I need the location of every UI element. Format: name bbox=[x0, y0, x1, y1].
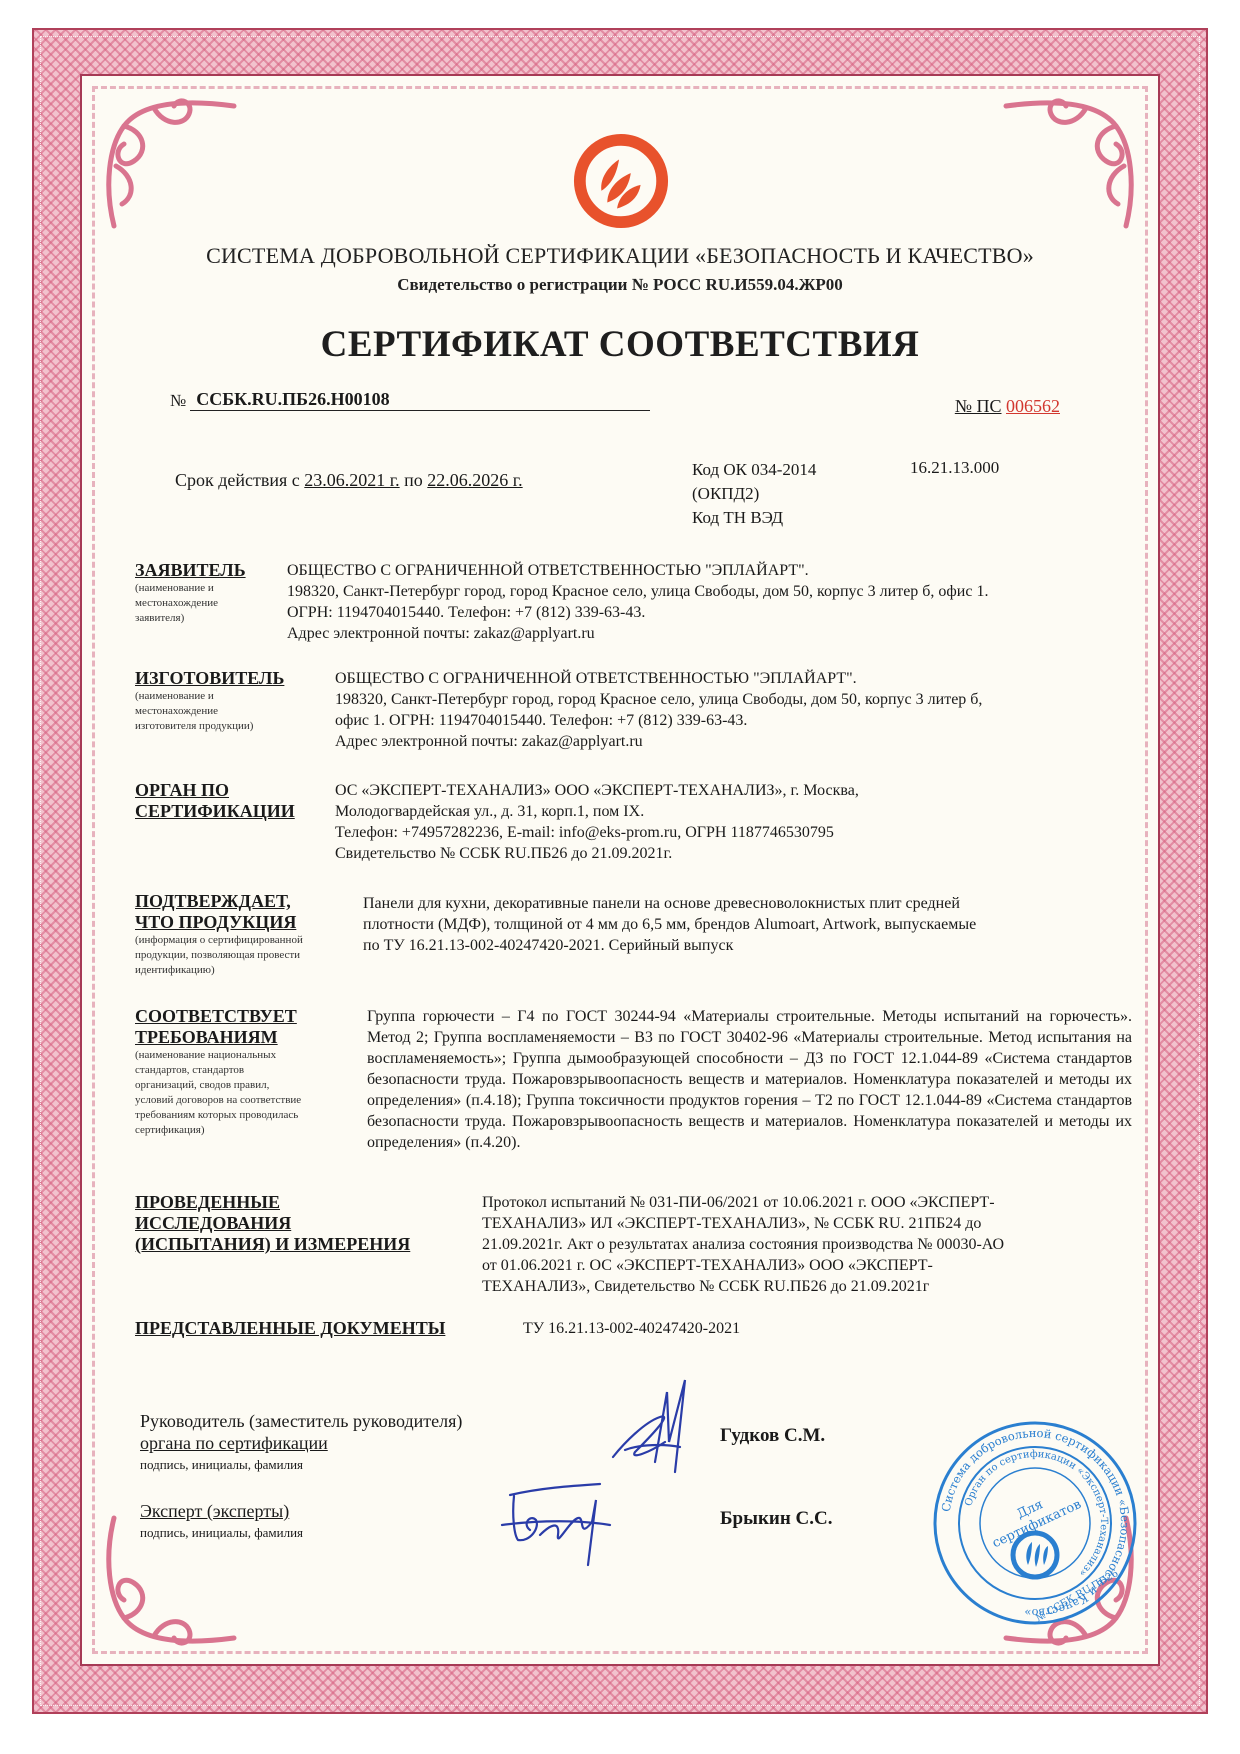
head-role-org: органа по сертификации bbox=[140, 1432, 462, 1454]
expert-signature-block: Эксперт (эксперты) подпись, инициалы, фа… bbox=[140, 1500, 303, 1544]
section-note: заявителя) bbox=[135, 611, 246, 626]
section-note: (наименование и bbox=[135, 581, 246, 596]
manufacturer-ogrn-phone: офис 1. ОГРН: 1194704015440. Телефон: +7… bbox=[335, 710, 982, 731]
head-name: Гудков С.М. bbox=[720, 1425, 825, 1447]
tests-line: 21.09.2021г. Акт о результатах анализа с… bbox=[482, 1234, 1004, 1255]
valid-from: 23.06.2021 г. bbox=[304, 470, 399, 490]
manufacturer-email: Адрес электронной почты: zakaz@applyart.… bbox=[335, 731, 982, 752]
corner-ornament-icon bbox=[94, 86, 244, 236]
okpd-label-abbr: (ОКПД2) bbox=[692, 482, 816, 506]
corner-ornament-icon bbox=[996, 86, 1146, 236]
section-note: продукции, позволяющая провести bbox=[135, 948, 303, 963]
section-note: местонахождение bbox=[135, 704, 284, 719]
section-heading: ИССЛЕДОВАНИЯ bbox=[135, 1213, 410, 1234]
cert-body-address: Молодогвардейская ул., д. 31, корп.1, по… bbox=[335, 801, 859, 822]
requirements-text: Группа горючести – Г4 по ГОСТ 30244-94 «… bbox=[367, 1006, 1132, 1153]
tnved-label: Код ТН ВЭД bbox=[692, 506, 816, 530]
applicant-label: ЗАЯВИТЕЛЬ (наименование и местонахождени… bbox=[135, 560, 246, 626]
signature-caption: подпись, инициалы, фамилия bbox=[140, 1522, 303, 1544]
cert-body-contacts: Телефон: +74957282236, E-mail: info@eks-… bbox=[335, 822, 859, 843]
manufacturer-details: ОБЩЕСТВО С ОГРАНИЧЕННОЙ ОТВЕТСТВЕННОСТЬЮ… bbox=[335, 668, 982, 752]
validity-prefix: Срок действия с bbox=[175, 470, 300, 490]
section-heading: ПРОВЕДЕННЫЕ bbox=[135, 1192, 410, 1213]
certification-body-details: ОС «ЭКСПЕРТ-ТЕХАНАЛИЗ» ООО «ЭКСПЕРТ-ТЕХА… bbox=[335, 780, 859, 864]
manufacturer-label: ИЗГОТОВИТЕЛЬ (наименование и местонахожд… bbox=[135, 668, 284, 734]
validity-middle: по bbox=[404, 470, 423, 490]
form-number-value: 006562 bbox=[1006, 396, 1060, 416]
cert-body-accreditation: Свидетельство № ССБК RU.ПБ26 до 21.09.20… bbox=[335, 843, 859, 864]
tests-line: ТЕХАНАЛИЗ» ИЛ «ЭКСПЕРТ-ТЕХАНАЛИЗ», № ССБ… bbox=[482, 1213, 1004, 1234]
tests-line: от 01.06.2021 г. ОС «ЭКСПЕРТ-ТЕХАНАЛИЗ» … bbox=[482, 1255, 1004, 1276]
signature-caption: подпись, инициалы, фамилия bbox=[140, 1454, 462, 1476]
okpd-code: 16.21.13.000 bbox=[910, 458, 999, 478]
section-heading: ИЗГОТОВИТЕЛЬ bbox=[135, 668, 284, 689]
section-heading: ПРЕДСТАВЛЕННЫЕ ДОКУМЕНТЫ bbox=[135, 1318, 445, 1339]
product-line: плотности (МДФ), толщиной от 4 мм до 6,5… bbox=[363, 914, 976, 935]
head-signature-block: Руководитель (заместитель руководителя) … bbox=[140, 1410, 462, 1476]
expert-signature-icon bbox=[500, 1480, 630, 1570]
certification-body-section: ОРГАН ПО СЕРТИФИКАЦИИ ОС «ЭКСПЕРТ-ТЕХАНА… bbox=[135, 780, 1125, 870]
section-heading: СООТВЕТСТВУЕТ bbox=[135, 1006, 301, 1027]
tests-line: ТЕХАНАЛИЗ», Свидетельство № ССБК RU.ПБ26… bbox=[482, 1276, 1004, 1297]
page-title: СЕРТИФИКАТ СООТВЕТСТВИЯ bbox=[0, 323, 1240, 366]
certification-system-title: СИСТЕМА ДОБРОВОЛЬНОЙ СЕРТИФИКАЦИИ «БЕЗОП… bbox=[0, 243, 1240, 269]
section-note: идентификацию) bbox=[135, 963, 303, 978]
requirements-label: СООТВЕТСТВУЕТ ТРЕБОВАНИЯМ (наименование … bbox=[135, 1006, 301, 1138]
form-number: № ПС 006562 bbox=[955, 396, 1060, 417]
product-label: ПОДТВЕРЖДАЕТ, ЧТО ПРОДУКЦИЯ (информация … bbox=[135, 891, 303, 978]
section-note: местонахождение bbox=[135, 596, 246, 611]
classification-codes: Код ОК 034-2014 (ОКПД2) Код ТН ВЭД bbox=[692, 458, 816, 530]
cert-body-name: ОС «ЭКСПЕРТ-ТЕХАНАЛИЗ» ООО «ЭКСПЕРТ-ТЕХА… bbox=[335, 780, 859, 801]
section-heading: ЗАЯВИТЕЛЬ bbox=[135, 560, 246, 581]
certification-body-label: ОРГАН ПО СЕРТИФИКАЦИИ bbox=[135, 780, 295, 822]
section-heading: ПОДТВЕРЖДАЕТ, bbox=[135, 891, 303, 912]
certification-stamp: Система добровольной сертификации «Безоп… bbox=[932, 1420, 1138, 1626]
validity-period: Срок действия с 23.06.2021 г. по 22.06.2… bbox=[175, 470, 523, 491]
form-number-prefix: № ПС bbox=[955, 396, 1002, 416]
okpd-label: Код ОК 034-2014 bbox=[692, 458, 816, 482]
applicant-name: ОБЩЕСТВО С ОГРАНИЧЕННОЙ ОТВЕТСТВЕННОСТЬЮ… bbox=[287, 560, 988, 581]
section-heading: ТРЕБОВАНИЯМ bbox=[135, 1027, 301, 1048]
section-heading: ОРГАН ПО bbox=[135, 780, 295, 801]
documents-section: ПРЕДСТАВЛЕННЫЕ ДОКУМЕНТЫ ТУ 16.21.13-002… bbox=[135, 1318, 1125, 1348]
section-heading: ЧТО ПРОДУКЦИЯ bbox=[135, 912, 303, 933]
head-role: Руководитель (заместитель руководителя) bbox=[140, 1410, 462, 1432]
tests-details: Протокол испытаний № 031-ПИ-06/2021 от 1… bbox=[482, 1192, 1004, 1297]
product-line: Панели для кухни, декоративные панели на… bbox=[363, 893, 976, 914]
system-registration: Свидетельство о регистрации № РОСС RU.И5… bbox=[0, 275, 1240, 295]
section-note: требованиям которых проводилась bbox=[135, 1108, 301, 1123]
applicant-section: ЗАЯВИТЕЛЬ (наименование и местонахождени… bbox=[135, 560, 1125, 650]
section-note: (наименование национальных bbox=[135, 1048, 301, 1063]
applicant-ogrn-phone: ОГРН: 1194704015440. Телефон: +7 (812) 3… bbox=[287, 602, 988, 623]
tests-section: ПРОВЕДЕННЫЕ ИССЛЕДОВАНИЯ (ИСПЫТАНИЯ) И И… bbox=[135, 1192, 1125, 1302]
section-note: сертификация) bbox=[135, 1123, 301, 1138]
product-line: по ТУ 16.21.13-002-40247420-2021. Серийн… bbox=[363, 935, 976, 956]
section-heading: (ИСПЫТАНИЯ) И ИЗМЕРЕНИЯ bbox=[135, 1234, 410, 1255]
applicant-details: ОБЩЕСТВО С ОГРАНИЧЕННОЙ ОТВЕТСТВЕННОСТЬЮ… bbox=[287, 560, 988, 644]
applicant-address: 198320, Санкт-Петербург город, город Кра… bbox=[287, 581, 988, 602]
documents-label: ПРЕДСТАВЛЕННЫЕ ДОКУМЕНТЫ bbox=[135, 1318, 445, 1339]
expert-name: Брыкин С.С. bbox=[720, 1508, 833, 1530]
certificate-number-field: №ССБК.RU.ПБ26.Н00108 bbox=[170, 389, 650, 411]
expert-role: Эксперт (эксперты) bbox=[140, 1500, 303, 1522]
section-note: (наименование и bbox=[135, 689, 284, 704]
documents-value: ТУ 16.21.13-002-40247420-2021 bbox=[523, 1318, 740, 1339]
manufacturer-address: 198320, Санкт-Петербург город, город Кра… bbox=[335, 689, 982, 710]
section-note: (информация о сертифицированной bbox=[135, 933, 303, 948]
section-note: стандартов, стандартов bbox=[135, 1063, 301, 1078]
applicant-email: Адрес электронной почты: zakaz@applyart.… bbox=[287, 623, 988, 644]
certificate-number: ССБК.RU.ПБ26.Н00108 bbox=[190, 389, 650, 411]
section-note: изготовителя продукции) bbox=[135, 719, 284, 734]
product-description: Панели для кухни, декоративные панели на… bbox=[363, 893, 976, 956]
tests-label: ПРОВЕДЕННЫЕ ИССЛЕДОВАНИЯ (ИСПЫТАНИЯ) И И… bbox=[135, 1192, 410, 1255]
requirements-section: СООТВЕТСТВУЕТ ТРЕБОВАНИЯМ (наименование … bbox=[135, 1006, 1125, 1176]
number-sign: № bbox=[170, 391, 186, 410]
manufacturer-section: ИЗГОТОВИТЕЛЬ (наименование и местонахожд… bbox=[135, 668, 1125, 758]
tests-line: Протокол испытаний № 031-ПИ-06/2021 от 1… bbox=[482, 1192, 1004, 1213]
section-note: организаций, сводов правил, bbox=[135, 1078, 301, 1093]
valid-to: 22.06.2026 г. bbox=[427, 470, 522, 490]
section-heading: СЕРТИФИКАЦИИ bbox=[135, 801, 295, 822]
flame-in-ring-icon bbox=[572, 132, 670, 230]
product-section: ПОДТВЕРЖДАЕТ, ЧТО ПРОДУКЦИЯ (информация … bbox=[135, 891, 1125, 991]
section-note: условий договоров на соответствие bbox=[135, 1093, 301, 1108]
manufacturer-name: ОБЩЕСТВО С ОГРАНИЧЕННОЙ ОТВЕТСТВЕННОСТЬЮ… bbox=[335, 668, 982, 689]
head-signature-icon bbox=[605, 1372, 715, 1482]
